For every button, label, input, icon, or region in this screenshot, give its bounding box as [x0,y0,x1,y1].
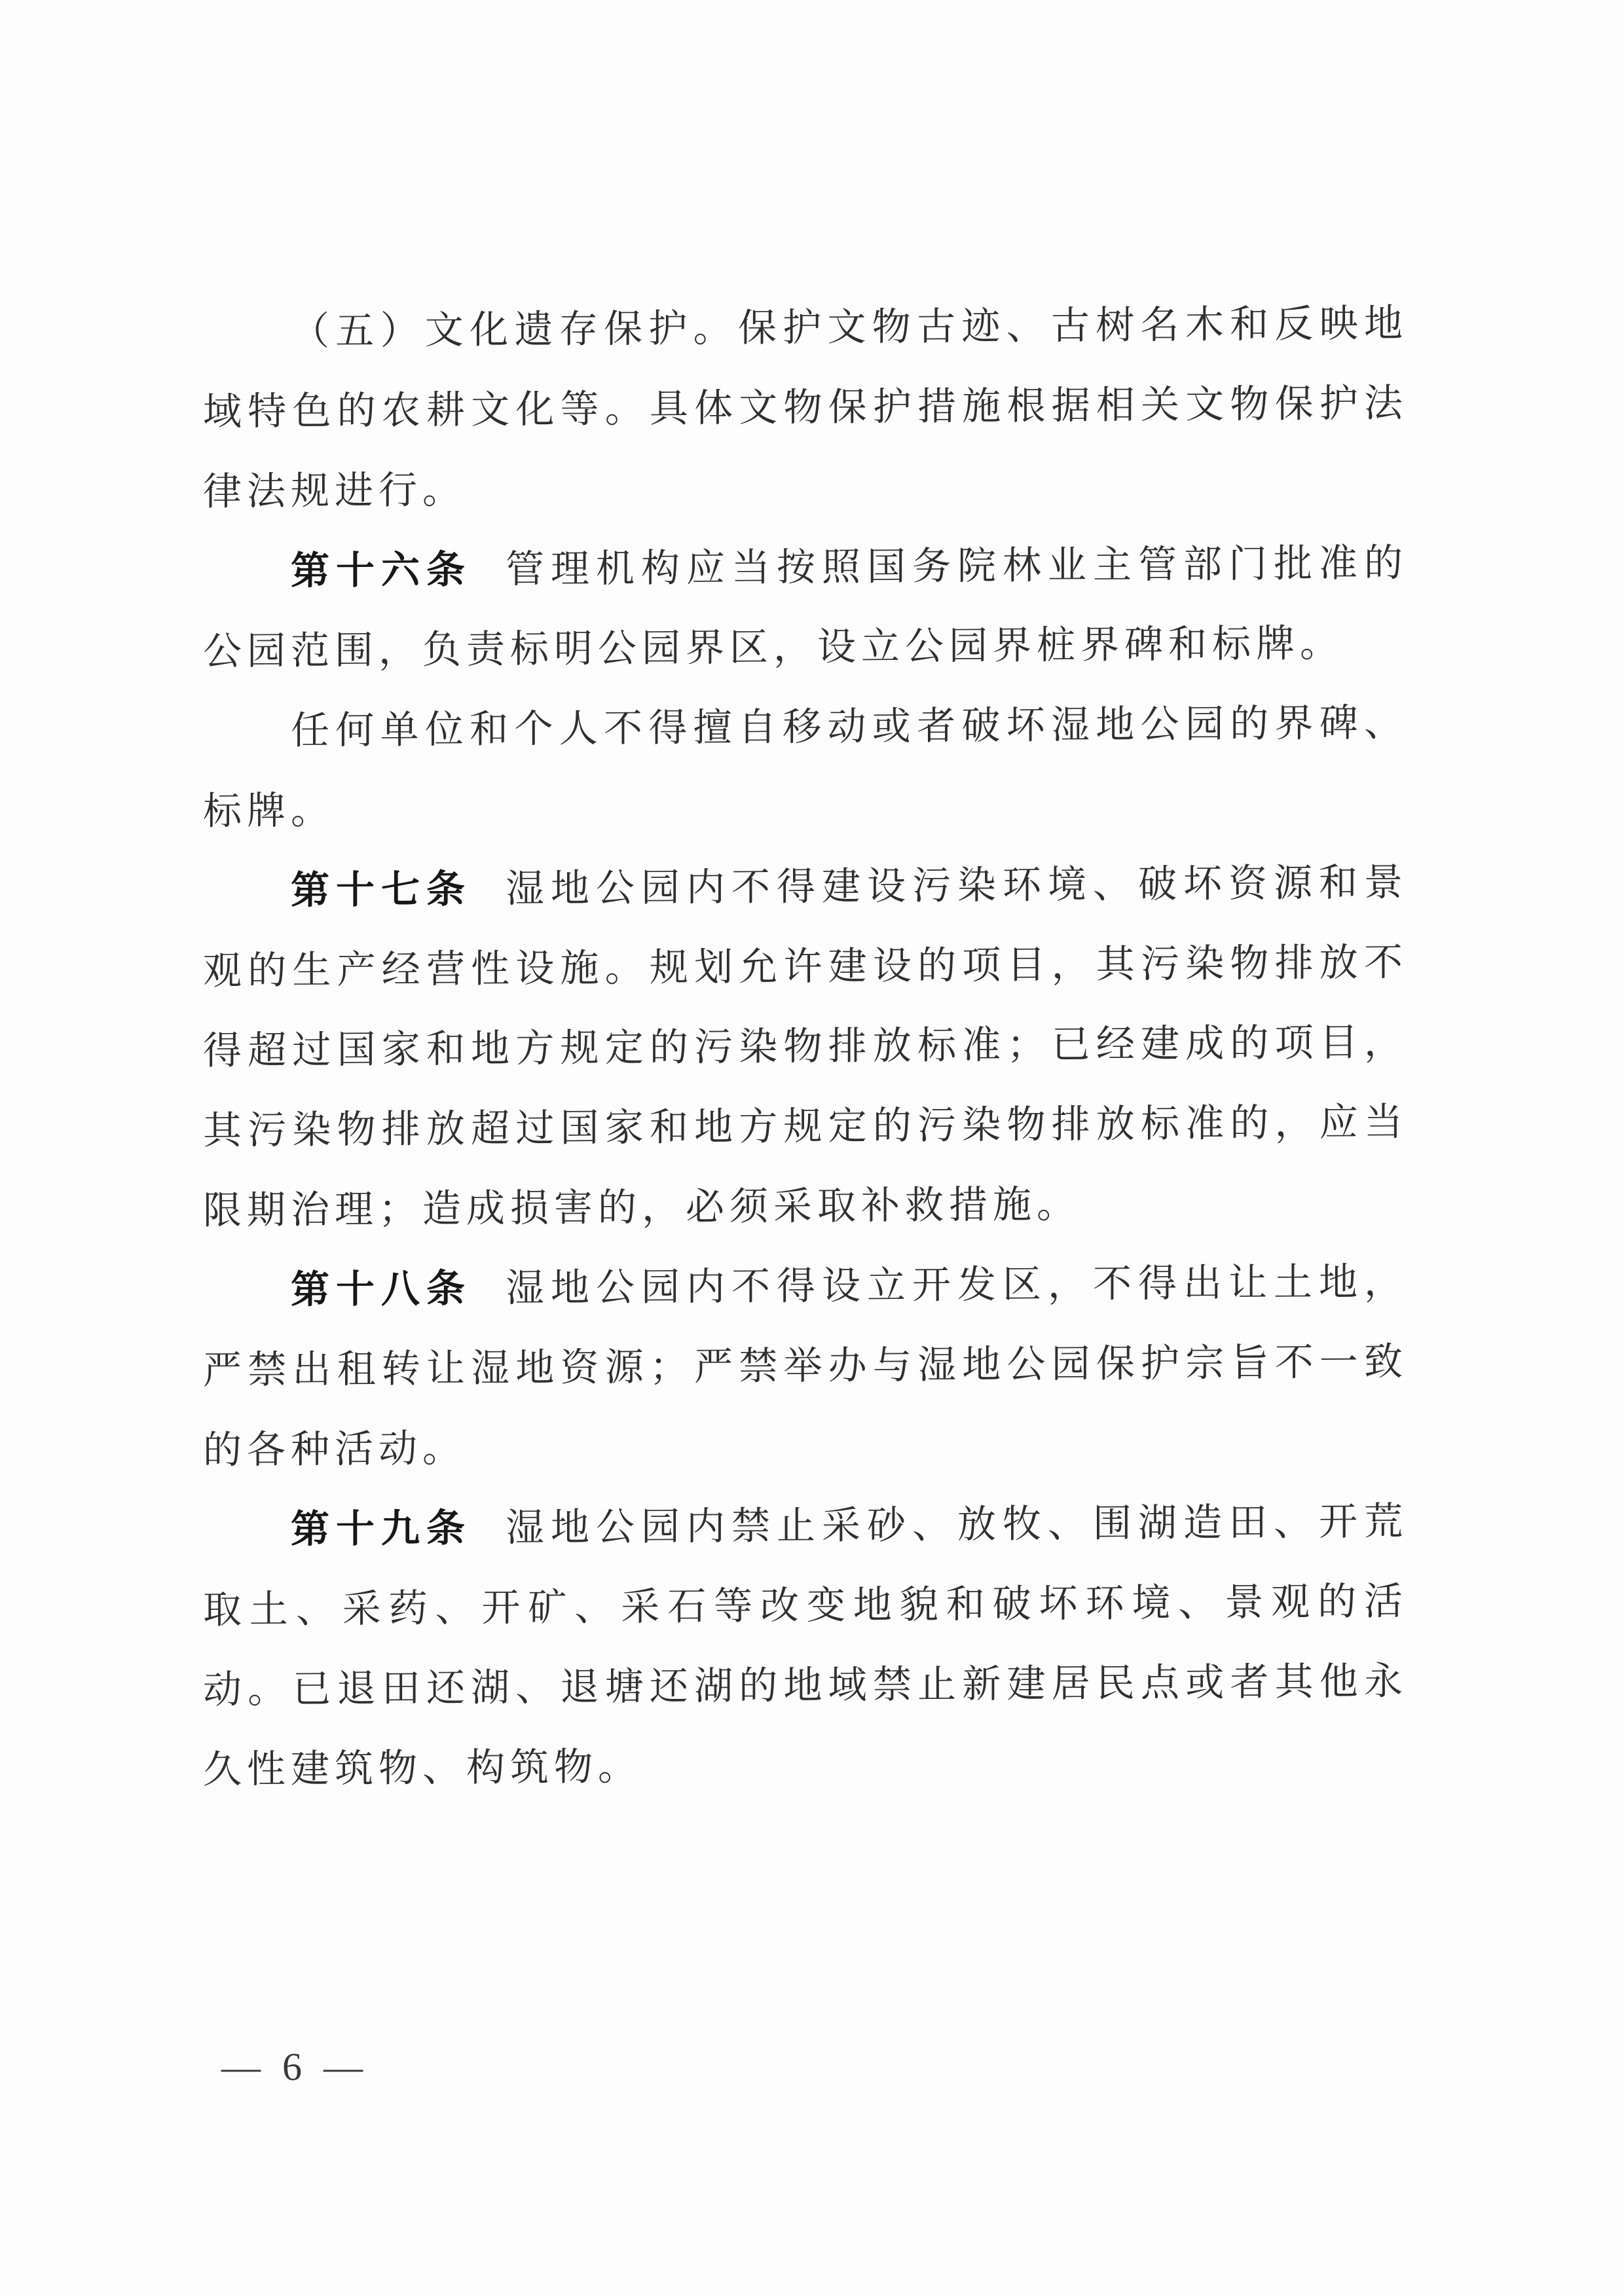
article-16-heading: 第十六条 [291,548,471,592]
article-19-heading: 第十九条 [291,1506,471,1551]
article-18-heading: 第十八条 [291,1267,471,1311]
paragraph-clause-5: （五）文化遗存保护。保护文物古迹、古树名木和反映地域特色的农耕文化等。具体文物保… [203,283,1408,532]
paragraph-text: （五）文化遗存保护。保护文物古迹、古树名木和反映地域特色的农耕文化等。具体文物保… [203,302,1408,513]
paragraph-text: 湿地公园内不得建设污染环境、破坏资源和景观的生产经营性设施。规划允许建设的项目，… [203,861,1408,1232]
document-text-block: （五）文化遗存保护。保护文物古迹、古树名木和反映地域特色的农耕文化等。具体文物保… [203,283,1408,1810]
paragraph-article-18: 第十八条湿地公园内不得设立开发区，不得出让土地，严禁出租转让湿地资源；严禁举办与… [203,1242,1408,1490]
article-17-heading: 第十七条 [291,867,471,912]
paragraph-article-17: 第十七条湿地公园内不得建设污染环境、破坏资源和景观的生产经营性设施。规划允许建设… [203,843,1408,1250]
scanned-document-page: （五）文化遗存保护。保护文物古迹、古树名木和反映地域特色的农耕文化等。具体文物保… [0,0,1624,2296]
paragraph-article-16-cont: 任何单位和个人不得擅自移动或者破坏湿地公园的界碑、标牌。 [203,683,1408,851]
page-number: — 6 — [221,2044,365,2090]
paragraph-article-19: 第十九条湿地公园内禁止采砂、放牧、围湖造田、开荒取土、采药、开矿、采石等改变地貌… [203,1482,1408,1810]
paragraph-article-16: 第十六条管理机构应当按照国务院林业主管部门批准的公园范围，负责标明公园界区，设立… [203,523,1408,691]
paragraph-text: 任何单位和个人不得擅自移动或者破坏湿地公园的界碑、标牌。 [203,701,1408,833]
